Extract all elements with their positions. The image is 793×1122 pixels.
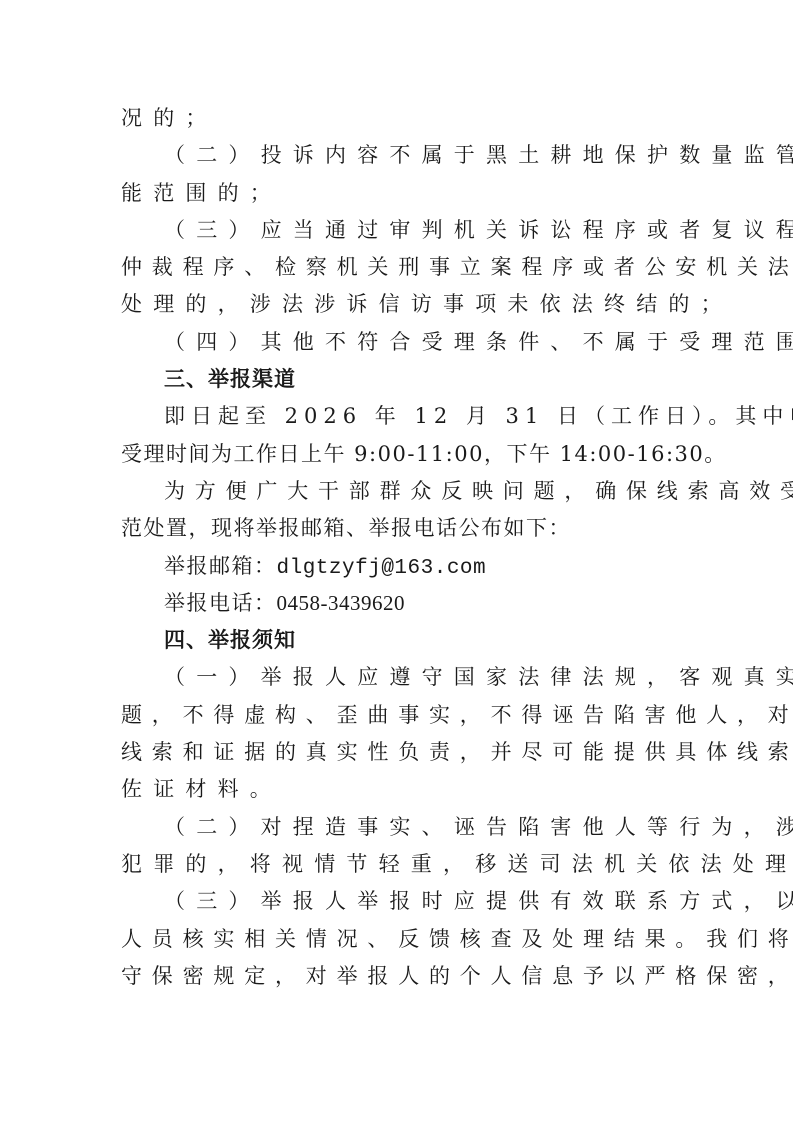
- text-line: 佐证材料。: [121, 771, 673, 808]
- text-line: 题，不得虚构、歪曲事实，不得诬告陷害他人，对所提供: [121, 697, 673, 734]
- text-line: （四）其他不符合受理条件、不属于受理范围的。: [121, 324, 673, 361]
- text-line: （二）对捏造事实、诬告陷害他人等行为，涉嫌违法: [121, 809, 673, 846]
- text-line: 人员核实相关情况、反馈核查及处理结果。我们将严格遵: [121, 921, 673, 958]
- text-line: 况的；: [121, 100, 673, 137]
- phone-number: 0458-3439620: [277, 591, 406, 615]
- text-line: 处理的，涉法涉诉信访事项未依法终结的；: [121, 286, 673, 323]
- text-line: 仲裁程序、检察机关刑事立案程序或者公安机关法律程序: [121, 249, 673, 286]
- section-heading-notice: 四、举报须知: [121, 622, 673, 659]
- section-heading-channels: 三、举报渠道: [121, 361, 673, 398]
- text-line: 犯罪的，将视情节轻重，移送司法机关依法处理。: [121, 846, 673, 883]
- text-line: （二）投诉内容不属于黑土耕地保护数量监管领域职: [121, 137, 673, 174]
- text-line: 范处置，现将举报邮箱、举报电话公布如下：: [121, 510, 673, 547]
- email-label: 举报邮箱：: [164, 554, 277, 578]
- text-line: 守保密规定，对举报人的个人信息予以严格保密，切实保: [121, 958, 673, 995]
- text-line: （三）应当通过审判机关诉讼程序或者复议程序或者: [121, 212, 673, 249]
- email-link[interactable]: dlgtzyfj@163.com: [277, 557, 487, 580]
- phone-label: 举报电话：: [164, 591, 277, 615]
- text-line: 为方便广大干部群众反映问题，确保线索高效受理、规: [121, 473, 673, 510]
- text-line: 即日起至 2026 年 12 月 31 日（工作日）。其中电话: [121, 398, 673, 435]
- text-line: （三）举报人举报时应提供有效联系方式，以便工作: [121, 883, 673, 920]
- text-line: （一）举报人应遵守国家法律法规，客观真实反映问: [121, 659, 673, 696]
- contact-email: 举报邮箱：dlgtzyfj@163.com: [121, 548, 673, 585]
- text-line: 能范围的；: [121, 175, 673, 212]
- contact-phone: 举报电话：0458-3439620: [121, 585, 673, 622]
- document-page: 况的； （二）投诉内容不属于黑土耕地保护数量监管领域职 能范围的； （三）应当通…: [121, 100, 673, 995]
- text-line: 受理时间为工作日上午 9:00-11:00，下午 14:00-16:30。: [121, 436, 673, 473]
- text-line: 线索和证据的真实性负责，并尽可能提供具体线索和相关: [121, 734, 673, 771]
